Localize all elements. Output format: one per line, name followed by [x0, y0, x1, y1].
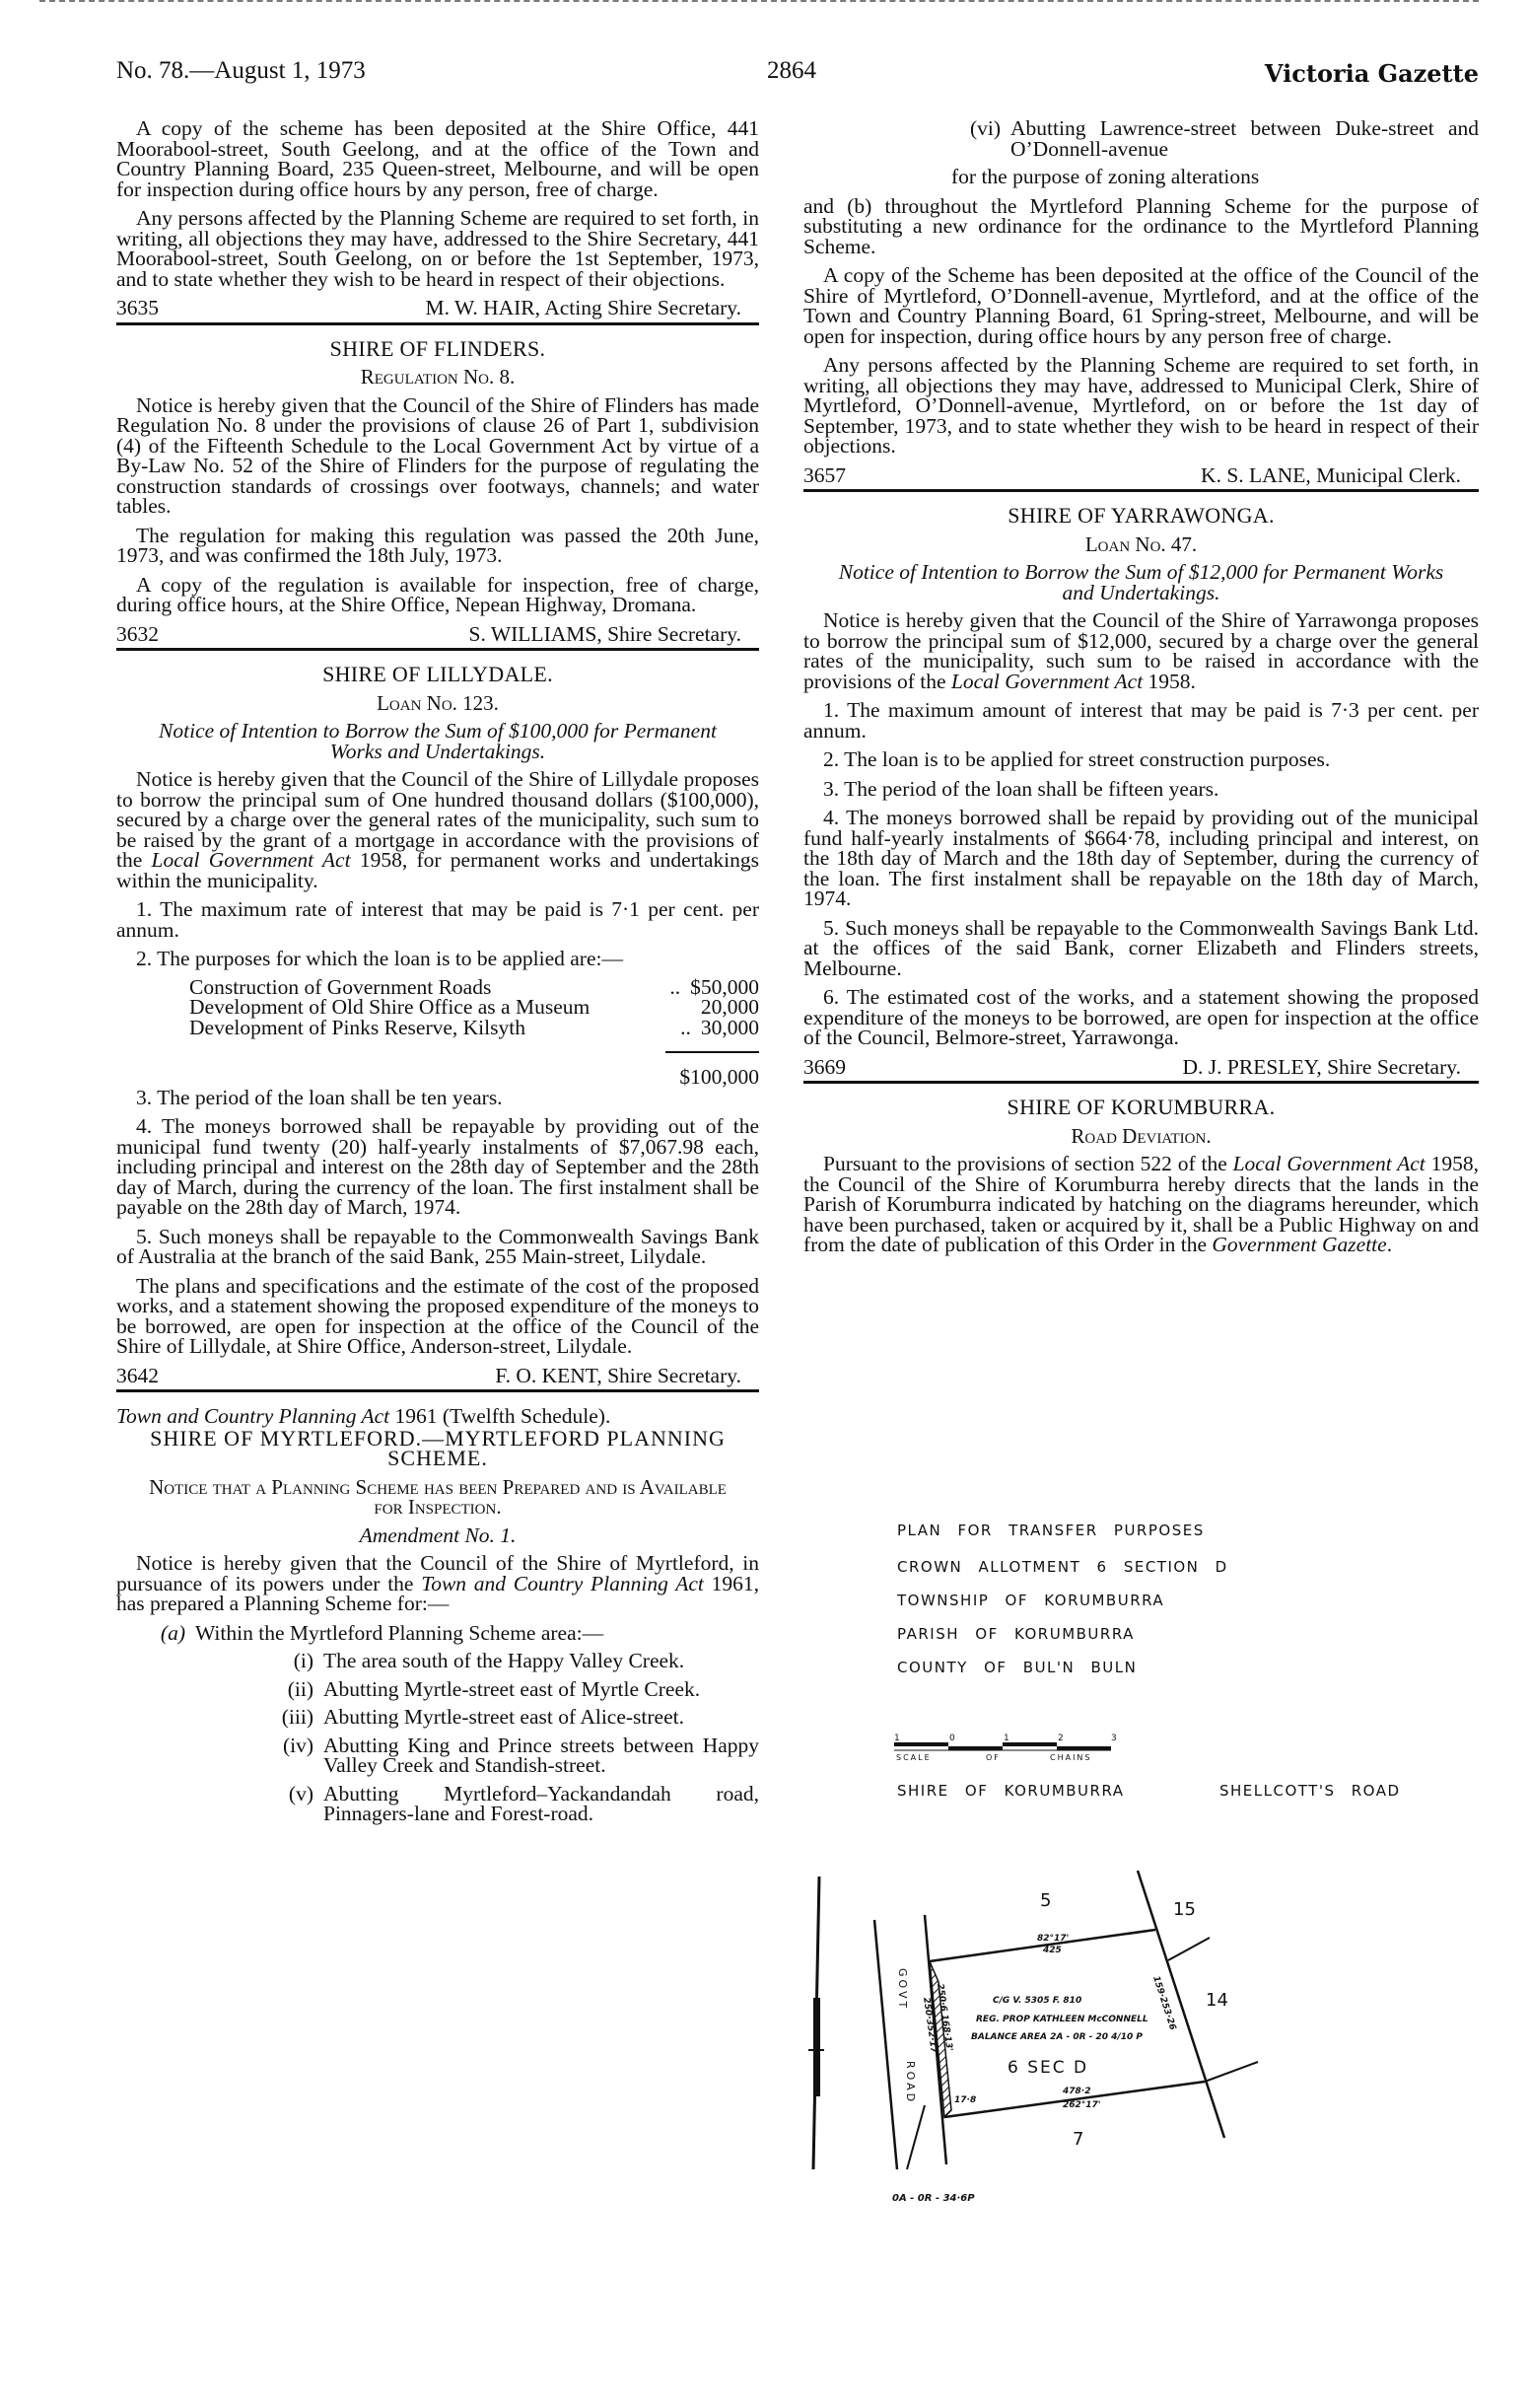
paragraph: 1. The maximum rate of interest that may… — [116, 899, 759, 940]
allotment-label: 14 — [1206, 1990, 1228, 2011]
plan-county: COUNTY OF BUL'N BULN — [897, 1659, 1137, 1676]
registered-proprietor: REG. PROP KATHLEEN McCONNELL — [976, 2015, 1148, 2024]
area-item: (i) The area south of the Happy Valley C… — [116, 1651, 759, 1671]
signature-line: 3669 D. J. PRESLEY, Shire Secretary. — [803, 1057, 1479, 1078]
notice-myrtleford-continued: (vi) Abutting Lawrence-street between Du… — [803, 118, 1479, 492]
notice-flinders: SHIRE OF FLINDERS. Regulation No. 8. Not… — [116, 339, 759, 652]
notice-ref: 3657 — [803, 465, 846, 486]
page-top-edge — [39, 0, 1479, 4]
divider — [116, 1389, 759, 1392]
plan-allotment: CROWN ALLOTMENT 6 SECTION D — [897, 1558, 1228, 1576]
balance-area: BALANCE AREA 2A - 0R - 20 4/10 P — [971, 2032, 1143, 2042]
road-area: 0A - 0R - 34·6P — [892, 2193, 975, 2204]
text: . — [1387, 1233, 1392, 1256]
signature-line: 3657 K. S. LANE, Municipal Clerk. — [803, 465, 1479, 486]
area-text: The area south of the Happy Valley Creek… — [323, 1651, 759, 1671]
plan-title: PLAN FOR TRANSFER PURPOSES — [897, 1522, 1205, 1539]
text: 1958. — [1143, 670, 1196, 693]
notice-caps-heading: Notice that a Planning Scheme has been P… — [116, 1477, 759, 1518]
paragraph: A copy of the Scheme has been deposited … — [803, 265, 1479, 346]
notice-korumburra: SHIRE OF KORUMBURRA. Road Deviation. Pur… — [803, 1098, 1479, 1255]
notice-title: SHIRE OF FLINDERS. — [116, 339, 759, 360]
amount: 30,000 — [701, 1016, 759, 1039]
area-text: Abutting Myrtle-street east of Myrtle Cr… — [323, 1679, 759, 1700]
issue-date: No. 78.—August 1, 1973 — [116, 57, 366, 85]
bottom-bearing: 262°17' — [1063, 2100, 1101, 2110]
area-label: (v) — [254, 1784, 323, 1824]
page-header: No. 78.—August 1, 1973 2864 Victoria Gaz… — [116, 51, 1479, 91]
allocation-amount: 20,000 — [651, 997, 759, 1018]
allocation-amount: ..$50,000 — [651, 977, 759, 998]
area-label: (vi) — [941, 118, 1010, 159]
paragraph: Any persons affected by the Planning Sch… — [116, 208, 759, 289]
area-label: (iii) — [254, 1707, 323, 1728]
paragraph: A copy of the regulation is available fo… — [116, 575, 759, 615]
act-name: Town and Country Planning Act — [421, 1572, 704, 1595]
allocation-purpose: Development of Old Shire Office as a Mus… — [189, 997, 590, 1018]
survey-diagram: 5 15 14 7 6 SEC D 82°17' 425 478·2 262°1… — [808, 1775, 1479, 2229]
allocation-row: Development of Old Shire Office as a Mus… — [189, 997, 759, 1018]
paragraph: Notice is hereby given that the Council … — [116, 769, 759, 890]
signature-line: 3635 M. W. HAIR, Acting Shire Secretary. — [116, 298, 759, 319]
amendment-label: Amendment No. 1. — [116, 1525, 759, 1546]
scale-tick-label: 3 — [1111, 1734, 1117, 1743]
paragraph: Notice is hereby given that the Council … — [803, 610, 1479, 691]
notice-title: SHIRE OF YARRAWONGA. — [803, 506, 1479, 527]
notice-ref: 3642 — [116, 1366, 159, 1386]
paragraph: 1. The maximum amount of interest that m… — [803, 700, 1479, 741]
road-edge — [874, 1920, 897, 2169]
area-item: (ii) Abutting Myrtle-street east of Myrt… — [116, 1679, 759, 1700]
paragraph: 5. Such moneys shall be repayable to the… — [803, 918, 1479, 979]
signatory: D. J. PRESLEY, Shire Secretary. — [1183, 1057, 1479, 1078]
left-column: A copy of the scheme has been deposited … — [116, 118, 759, 1832]
area-item: (iii) Abutting Myrtle-street east of Ali… — [116, 1707, 759, 1728]
notice-heading: Notice of Intention to Borrow the Sum of… — [803, 562, 1479, 602]
paragraph: Pursuant to the provisions of section 52… — [803, 1154, 1479, 1255]
signatory: M. W. HAIR, Acting Shire Secretary. — [426, 298, 759, 319]
paragraph: The plans and specifications and the est… — [116, 1276, 759, 1357]
gazette-name: Government Gazette — [1212, 1233, 1386, 1256]
page-number: 2864 — [767, 57, 816, 85]
notice-ref: 3669 — [803, 1057, 846, 1078]
notice-subtitle: Loan No. 47. — [803, 534, 1479, 555]
notice-title: SHIRE OF LILLYDALE. — [116, 665, 759, 685]
paragraph: 2. The purposes for which the loan is to… — [116, 949, 759, 969]
scale-tick-label: 0 — [949, 1734, 955, 1743]
act-reference: Town and Country Planning Act 1961 (Twel… — [116, 1406, 759, 1427]
section-label: 6 SEC D — [1008, 2058, 1088, 2078]
paragraph: 5. Such moneys shall be repayable to the… — [116, 1227, 759, 1267]
allocation-purpose: Construction of Government Roads — [189, 977, 491, 998]
allocation-total: $100,000 — [189, 1067, 759, 1088]
notice-geelong-tail: A copy of the scheme has been deposited … — [116, 118, 759, 325]
scale-tick-label: 2 — [1058, 1734, 1064, 1743]
paragraph: 4. The moneys borrowed shall be repayabl… — [116, 1116, 759, 1218]
paragraph: 3. The period of the loan shall be fifte… — [803, 779, 1479, 800]
notice-myrtleford: Town and Country Planning Act 1961 (Twel… — [116, 1406, 759, 1824]
paragraph: A copy of the scheme has been deposited … — [116, 118, 759, 199]
notice-ref: 3635 — [116, 298, 159, 319]
divider — [803, 489, 1479, 492]
signatory: F. O. KENT, Shire Secretary. — [495, 1366, 759, 1386]
signatory: S. WILLIAMS, Shire Secretary. — [469, 624, 759, 645]
notice-yarrawonga: SHIRE OF YARRAWONGA. Loan No. 47. Notice… — [803, 506, 1479, 1084]
notice-ref: 3632 — [116, 624, 159, 645]
bottom-length: 478·2 — [1062, 2087, 1090, 2096]
signature-line: 3632 S. WILLIAMS, Shire Secretary. — [116, 624, 759, 645]
scale-label: OF — [986, 1753, 1001, 1762]
corner-length: 17·8 — [954, 2095, 976, 2105]
scale-tick-label: 1 — [894, 1734, 900, 1743]
allotment-label: 5 — [1040, 1890, 1051, 1911]
signatory: K. S. LANE, Municipal Clerk. — [1201, 465, 1479, 486]
part-text: Within the Myrtleford Planning Scheme ar… — [195, 1623, 759, 1644]
paragraph: 2. The loan is to be applied for street … — [803, 749, 1479, 770]
notice-subtitle: Regulation No. 8. — [116, 367, 759, 388]
act-name: Local Government Act — [951, 670, 1143, 693]
area-text: Abutting Myrtle-street east of Alice-str… — [323, 1707, 759, 1728]
title-ref: C/G V. 5305 F. 810 — [993, 1996, 1081, 2006]
part-label: (a) — [126, 1623, 195, 1644]
divider — [803, 1081, 1479, 1084]
area-label: (iv) — [254, 1735, 323, 1776]
scale-label: CHAINS — [1050, 1753, 1092, 1762]
area-text: Abutting Lawrence-street between Duke-st… — [1010, 118, 1479, 159]
plan-township: TOWNSHIP OF KORUMBURRA — [897, 1592, 1164, 1609]
right-column: (vi) Abutting Lawrence-street between Du… — [803, 118, 1479, 1264]
purpose-line: for the purpose of zoning alterations — [803, 167, 1479, 187]
part-a: (a) Within the Myrtleford Planning Schem… — [116, 1623, 759, 1644]
leader-dots: .. — [669, 975, 680, 999]
paragraph: 6. The estimated cost of the works, and … — [803, 987, 1479, 1048]
total-rule — [665, 1051, 759, 1053]
allotment-label: 15 — [1173, 1899, 1196, 1920]
signature-line: 3642 F. O. KENT, Shire Secretary. — [116, 1366, 759, 1386]
allocation-amount: ..30,000 — [651, 1018, 759, 1038]
paragraph: 4. The moneys borrowed shall be repaid b… — [803, 808, 1479, 909]
area-item: (iv) Abutting King and Prince streets be… — [116, 1735, 759, 1776]
area-item: (v) Abutting Myrtleford–Yackandandah roa… — [116, 1784, 759, 1824]
area-text: Abutting King and Prince streets between… — [323, 1735, 759, 1776]
allocation-table: Construction of Government Roads ..$50,0… — [116, 977, 759, 1088]
area-text: Abutting Myrtleford–Yackandandah road, P… — [323, 1784, 759, 1824]
road-name: GOVT — [896, 1968, 909, 2011]
allotment-label: 7 — [1073, 2129, 1083, 2150]
act-name: Town and Country Planning Act — [116, 1404, 389, 1428]
divider — [116, 322, 759, 325]
notice-title: SHIRE OF KORUMBURRA. — [803, 1098, 1479, 1118]
allocation-purpose: Development of Pinks Reserve, Kilsyth — [189, 1018, 525, 1038]
allocation-row: Construction of Government Roads ..$50,0… — [189, 977, 759, 998]
notice-heading: Notice of Intention to Borrow the Sum of… — [116, 721, 759, 761]
notice-lillydale: SHIRE OF LILLYDALE. Loan No. 123. Notice… — [116, 665, 759, 1392]
leader-dots: .. — [680, 1016, 691, 1039]
part-b: and (b) throughout the Myrtleford Planni… — [803, 196, 1479, 257]
paragraph: Notice is hereby given that the Council … — [116, 1553, 759, 1614]
area-label: (i) — [254, 1651, 323, 1671]
area-label: (ii) — [254, 1679, 323, 1700]
paragraph: The regulation for making this regulatio… — [116, 526, 759, 566]
notice-title: SHIRE OF MYRTLEFORD.—MYRTLEFORD PLANNING… — [116, 1429, 759, 1469]
top-bearing: 82°17' — [1037, 1934, 1069, 1944]
publication-title: Victoria Gazette — [1265, 59, 1479, 88]
divider — [116, 648, 759, 651]
scale-label: SCALE — [896, 1753, 932, 1762]
scale-bar: 1 0 1 2 3 SCALE OF CHAINS — [892, 1733, 1156, 1764]
road-name: ROAD — [904, 2061, 917, 2104]
area-item: (vi) Abutting Lawrence-street between Du… — [803, 118, 1479, 159]
notice-subtitle: Loan No. 123. — [116, 693, 759, 714]
paragraph: 3. The period of the loan shall be ten y… — [116, 1088, 759, 1108]
top-length: 425 — [1042, 1946, 1062, 1955]
text: 1961 (Twelfth Schedule). — [389, 1404, 610, 1428]
plan-parish: PARISH OF KORUMBURRA — [897, 1625, 1135, 1643]
paragraph: Notice is hereby given that the Council … — [116, 395, 759, 517]
notice-subtitle: Road Deviation. — [803, 1126, 1479, 1147]
scale-tick-label: 1 — [1004, 1734, 1009, 1743]
paragraph: Any persons affected by the Planning Sch… — [803, 355, 1479, 457]
allocation-row: Development of Pinks Reserve, Kilsyth ..… — [189, 1018, 759, 1038]
